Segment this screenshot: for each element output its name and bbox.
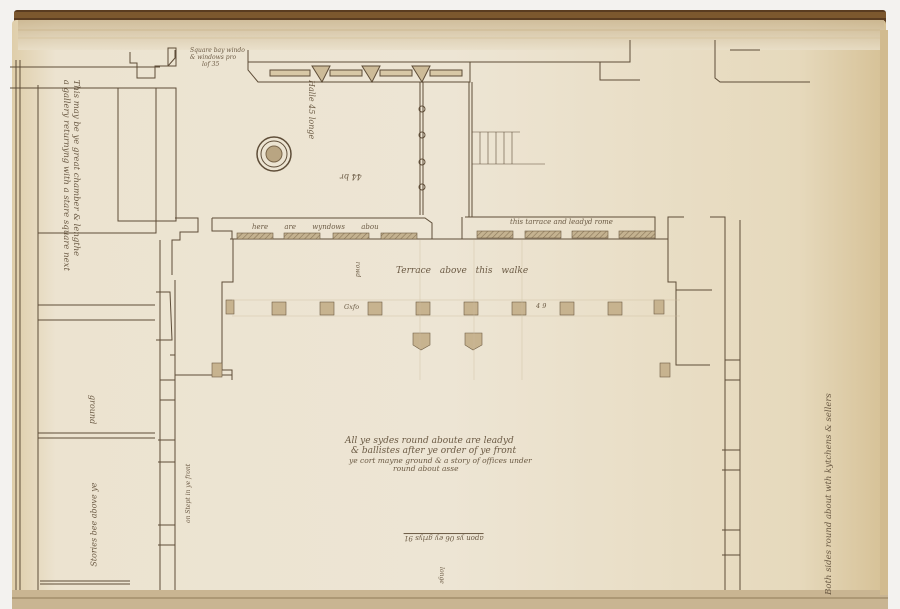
terrace-side-mark: rowd	[353, 262, 360, 277]
annotation-line: a gallery returnyng with a stare square …	[60, 80, 70, 280]
top-window-label: Square bay windo & windows pro lof 35	[190, 48, 245, 69]
main-note: All ye sydes round aboute are leadyd & b…	[345, 436, 532, 474]
annotation-line: This may be ye great chamber & lengthe	[70, 80, 80, 280]
plan-drawing	[0, 0, 900, 609]
north-band-right-label: this tarrace and leadyd rome	[510, 218, 613, 226]
colonnade-left-label: Gxfo	[344, 304, 359, 311]
left-gallery-note: This may be ye great chamber & lengthe a…	[60, 80, 80, 280]
right-side-note: Both sides round about wth kytchens & se…	[825, 335, 835, 595]
upside-down-note: apon ys 06 ey grlys 91	[404, 533, 484, 542]
bay-label: on Stept in ye front	[186, 464, 193, 523]
colonnade-right-label: 4 9	[536, 303, 546, 310]
annotation-line: lof 35	[190, 62, 245, 69]
annotation-line: All ye sydes round aboute are leadyd	[345, 436, 532, 446]
terrace-label: Terrace above this walke	[396, 266, 528, 276]
hall-dimension: 44 br	[340, 172, 362, 181]
annotation-line: round about asse	[345, 465, 532, 474]
left-lower-label: Stories bee above ye	[89, 483, 98, 567]
manuscript-page: Square bay windo & windows pro lof 35 Th…	[0, 0, 900, 609]
left-room-label: ground	[88, 395, 97, 424]
bottom-center-mark: longe	[437, 567, 444, 584]
north-band-left-label: here are wyndows abou	[252, 223, 379, 231]
hall-vertical-note: Halle 45 longe	[307, 80, 316, 139]
